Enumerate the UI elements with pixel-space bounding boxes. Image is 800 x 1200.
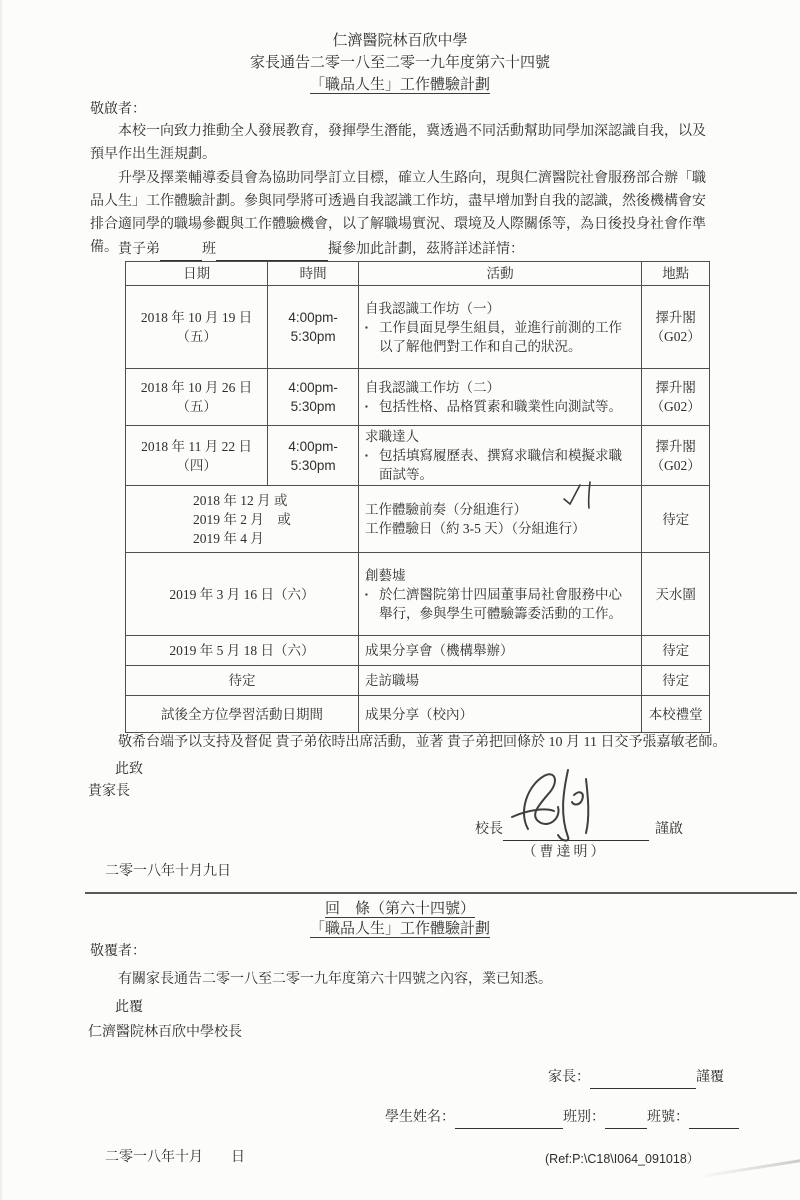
notice-title: 「職品人生」工作體驗計劃: [310, 77, 490, 94]
participate-prefix: 貴子弟: [118, 242, 160, 257]
activity-cell: 自我認識工作坊（二） ▪包括性格、品格質素和職業性向測試等。: [358, 369, 641, 426]
class-label: 班別：: [563, 1106, 605, 1129]
reply-date: 二零一八年十月 日: [105, 1146, 245, 1169]
scan-streak-artifact: [696, 1158, 800, 1178]
location-cell: 擇升閣 （G02）: [642, 426, 710, 486]
bullet-icon: ▪: [365, 585, 379, 623]
principal-signature-blank: [503, 824, 649, 841]
location-cell: 待定: [642, 666, 710, 696]
time-cell: 4:00pm-5:30pm: [268, 369, 359, 426]
table-row: 2019 年 3 月 16 日（六） 創藝墟 ▪於仁濟醫院第廿四屆董事局社會服務…: [126, 553, 710, 636]
name-blank: [216, 244, 328, 261]
scanned-notice-page: 仁濟醫院林百欣中學 家長通告二零一八至二零一九年度第六十四號 「職品人生」工作體…: [0, 0, 800, 1200]
activity-cell: 求職達人 ▪包括填寫履歷表、撰寫求職信和模擬求職面試等。: [358, 426, 641, 486]
date-cell: 待定: [126, 666, 359, 696]
class-blank: [160, 244, 202, 261]
table-row: 待定 走訪職場 待定: [126, 666, 710, 696]
class-no-label: 班號：: [647, 1106, 689, 1129]
reply-title: 回 條（第六十四號）: [325, 901, 475, 918]
student-info-line: 學生姓名：班別：班號：: [385, 1106, 739, 1129]
location-cell: 本校禮堂: [642, 696, 710, 733]
scan-edge-artifact: [0, 0, 2, 1200]
activity-cell: 成果分享會（機構舉辦）: [358, 636, 641, 666]
col-header-location: 地點: [642, 262, 710, 286]
principal-respectfully: 謹啟: [655, 818, 683, 841]
date-cell: 2018 年 10 月 26 日 （五）: [126, 369, 268, 426]
participate-suffix: 擬參加此計劃，茲將詳述詳情：: [328, 242, 524, 257]
table-row: 2018 年 12 月 或 2019 年 2 月 或 2019 年 4 月 工作…: [126, 486, 710, 553]
notice-number: 家長通告二零一八至二零一九年度第六十四號: [0, 52, 800, 74]
parent-signature-blank: [590, 1072, 696, 1089]
participate-line: 貴子弟班擬參加此計劃，茲將詳述詳情：: [118, 238, 524, 261]
salutation: 敬啟者：: [90, 98, 146, 121]
reply-addressee: 仁濟醫院林百欣中學校長: [88, 1021, 242, 1044]
table-row: 2018 年 10 月 26 日 （五） 4:00pm-5:30pm 自我認識工…: [126, 369, 710, 426]
time-cell: 4:00pm-5:30pm: [268, 426, 359, 486]
date-cell: 2018 年 12 月 或 2019 年 2 月 或 2019 年 4 月: [126, 486, 359, 553]
date-cell: 2019 年 3 月 16 日（六）: [126, 553, 359, 636]
table-row: 2018 年 10 月 19 日 （五） 4:00pm-5:30pm 自我認識工…: [126, 286, 710, 369]
location-cell: 擇升閣 （G02）: [642, 369, 710, 426]
date-cell: 試後全方位學習活動日期間: [126, 696, 359, 733]
letter-date: 二零一八年十月九日: [105, 860, 231, 883]
reply-salutation: 敬覆者：: [90, 940, 146, 963]
reply-title-line: 回 條（第六十四號）: [0, 898, 800, 920]
schedule-table: 日期 時間 活動 地點 2018 年 10 月 19 日 （五） 4:00pm-…: [125, 261, 710, 733]
closing-paragraph: 敬希台端予以支持及督促 貴子弟依時出席活動，並著 貴子弟把回條於 10 月 11…: [90, 731, 794, 754]
table-header-row: 日期 時間 活動 地點: [126, 262, 710, 286]
class-no-blank: [689, 1112, 739, 1129]
activity-cell: 自我認識工作坊（一） ▪工作員面見學生組員，並進行前測的工作以了解他們對工作和自…: [358, 286, 641, 369]
table-row: 試後全方位學習活動日期間 成果分享（校內） 本校禮堂: [126, 696, 710, 733]
handwritten-tick-icon: [561, 480, 597, 510]
date-cell: 2018 年 10 月 19 日 （五）: [126, 286, 268, 369]
ref-number: (Ref:P:\C18\I064_091018）: [545, 1148, 699, 1171]
participate-mid: 班: [202, 242, 216, 257]
student-name-label: 學生姓名：: [385, 1106, 455, 1129]
notice-title-line: 「職品人生」工作體驗計劃: [0, 74, 800, 96]
table-row: 2018 年 11 月 22 日 （四） 4:00pm-5:30pm 求職達人 …: [126, 426, 710, 486]
reply-subtitle: 「職品人生」工作體驗計劃: [310, 921, 490, 938]
bullet-icon: ▪: [365, 397, 379, 416]
location-cell: 天水圍: [642, 553, 710, 636]
reply-cordially: 此覆: [115, 996, 143, 1019]
location-cell: 待定: [642, 636, 710, 666]
activity-cell: 成果分享（校內）: [358, 696, 641, 733]
parent-label: 家長：: [548, 1066, 590, 1089]
principal-label: 校長: [475, 818, 503, 841]
parent-sign-line: 家長：謹覆: [548, 1066, 724, 1089]
date-cell: 2019 年 5 月 18 日（六）: [126, 636, 359, 666]
paragraph-intro: 本校一向致力推動全人發展教育，發揮學生潛能，冀透過不同活動幫助同學加深認識自我，…: [90, 120, 716, 166]
activity-cell: 創藝墟 ▪於仁濟醫院第廿四屆董事局社會服務中心舉行，參與學生可體驗籌委活動的工作…: [358, 553, 641, 636]
location-cell: 待定: [642, 486, 710, 553]
bullet-icon: ▪: [365, 318, 379, 356]
student-name-blank: [455, 1112, 563, 1129]
reply-body: 有關家長通告二零一八至二零一九年度第六十四號之內容，業已知悉。: [90, 968, 730, 991]
col-header-time: 時間: [268, 262, 359, 286]
col-header-activity: 活動: [358, 262, 641, 286]
principal-sign-line: 校長謹啟: [475, 818, 683, 841]
activity-cell: 工作體驗前奏（分組進行） 工作體驗日（約 3-5 天）（分組進行）: [358, 486, 641, 553]
bullet-icon: ▪: [365, 446, 379, 484]
date-cell: 2018 年 11 月 22 日 （四）: [126, 426, 268, 486]
table-row: 2019 年 5 月 18 日（六） 成果分享會（機構舉辦） 待定: [126, 636, 710, 666]
section-divider: [85, 892, 797, 894]
col-header-date: 日期: [126, 262, 268, 286]
class-blank: [605, 1112, 647, 1129]
addressee: 貴家長: [88, 780, 130, 803]
school-name: 仁濟醫院林百欣中學: [0, 30, 800, 52]
activity-cell: 走訪職場: [358, 666, 641, 696]
principal-name: （曹達明）: [495, 841, 635, 864]
reply-subtitle-line: 「職品人生」工作體驗計劃: [0, 918, 800, 940]
cordially: 此致: [115, 758, 143, 781]
time-cell: 4:00pm-5:30pm: [268, 286, 359, 369]
location-cell: 擇升閣 （G02）: [642, 286, 710, 369]
parent-respectfully: 謹覆: [696, 1066, 724, 1089]
